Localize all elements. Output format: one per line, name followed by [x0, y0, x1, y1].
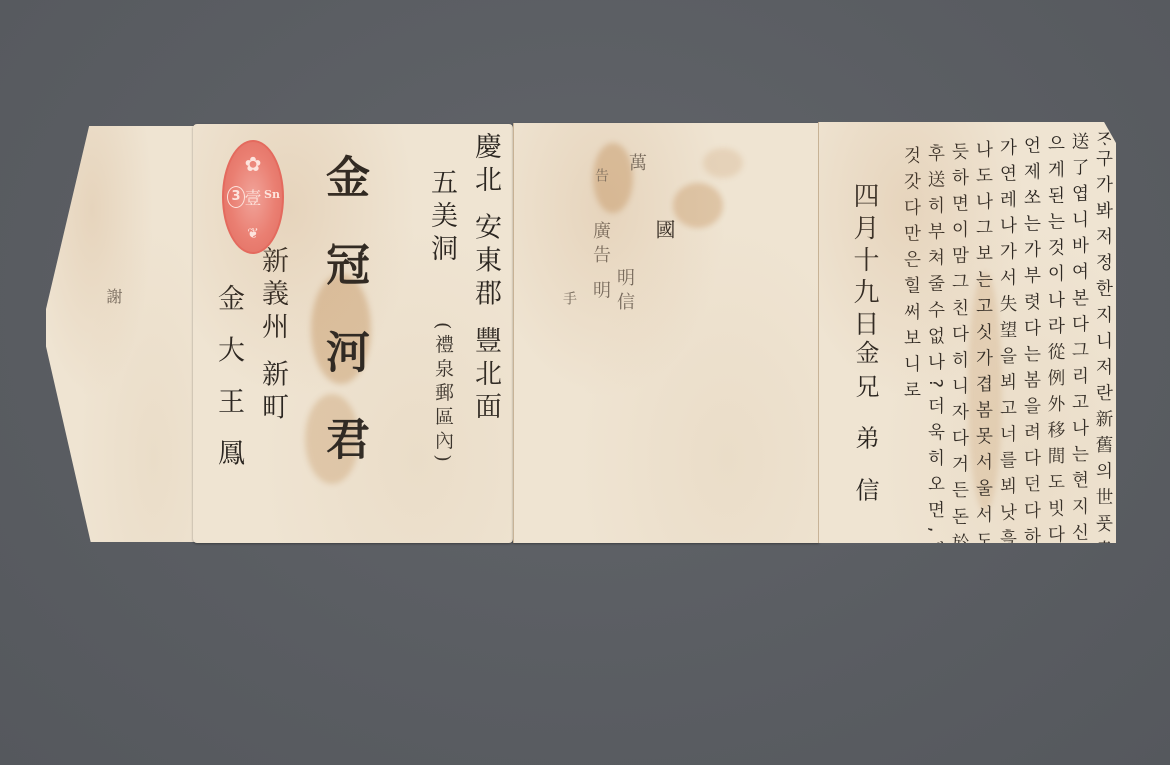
- water-stain: [673, 183, 723, 228]
- inner-panel: 萬 告 廣告 明 明信 手 國: [513, 123, 819, 543]
- water-stain: [703, 148, 743, 178]
- pencil-line: 明信: [611, 268, 637, 316]
- stamp-unit: Sn: [264, 188, 280, 201]
- recipient-name: 金 冠 河 君: [311, 154, 375, 474]
- letter-column: 것 갓 다 만 은 힐 써 보 니 로: [900, 146, 922, 400]
- chrysanthemum-icon: ✿: [245, 152, 262, 176]
- address-note: (禮泉郵區內): [430, 322, 457, 467]
- letter-panel: ᄌᆞ구 가 봐 저 정 한 지 니 저 란 新 舊 의 世 풋 書信 으 로 送…: [818, 122, 1116, 543]
- letter-date: 四月十九日: [846, 182, 883, 342]
- fold-line: [818, 122, 819, 543]
- stamp-denomination: 3: [227, 186, 245, 208]
- pencil-line: 萬: [623, 153, 649, 173]
- address-line-2: 五美洞: [422, 168, 461, 267]
- pencil-line: 手: [559, 291, 579, 307]
- stamp-center-glyph: 壹: [245, 184, 262, 209]
- address-line-1: 慶北 安東郡 豐北面: [466, 132, 505, 512]
- fold-line: [513, 123, 514, 543]
- letter-signature: 金兄 弟 信: [848, 340, 883, 511]
- sender-name: 金 大 王 鳳: [209, 284, 248, 474]
- seal-mark: 國: [650, 219, 679, 241]
- pencil-line: 告: [591, 168, 611, 184]
- paulownia-icon: ❦: [247, 226, 259, 242]
- pencil-line: 廣告 明: [587, 221, 613, 305]
- flap-pencil-mark: 謝: [102, 288, 125, 306]
- postage-stamp: ✿ 3 壹 Sn ❦: [222, 140, 284, 254]
- sender-address: 新義州 新町: [253, 246, 292, 426]
